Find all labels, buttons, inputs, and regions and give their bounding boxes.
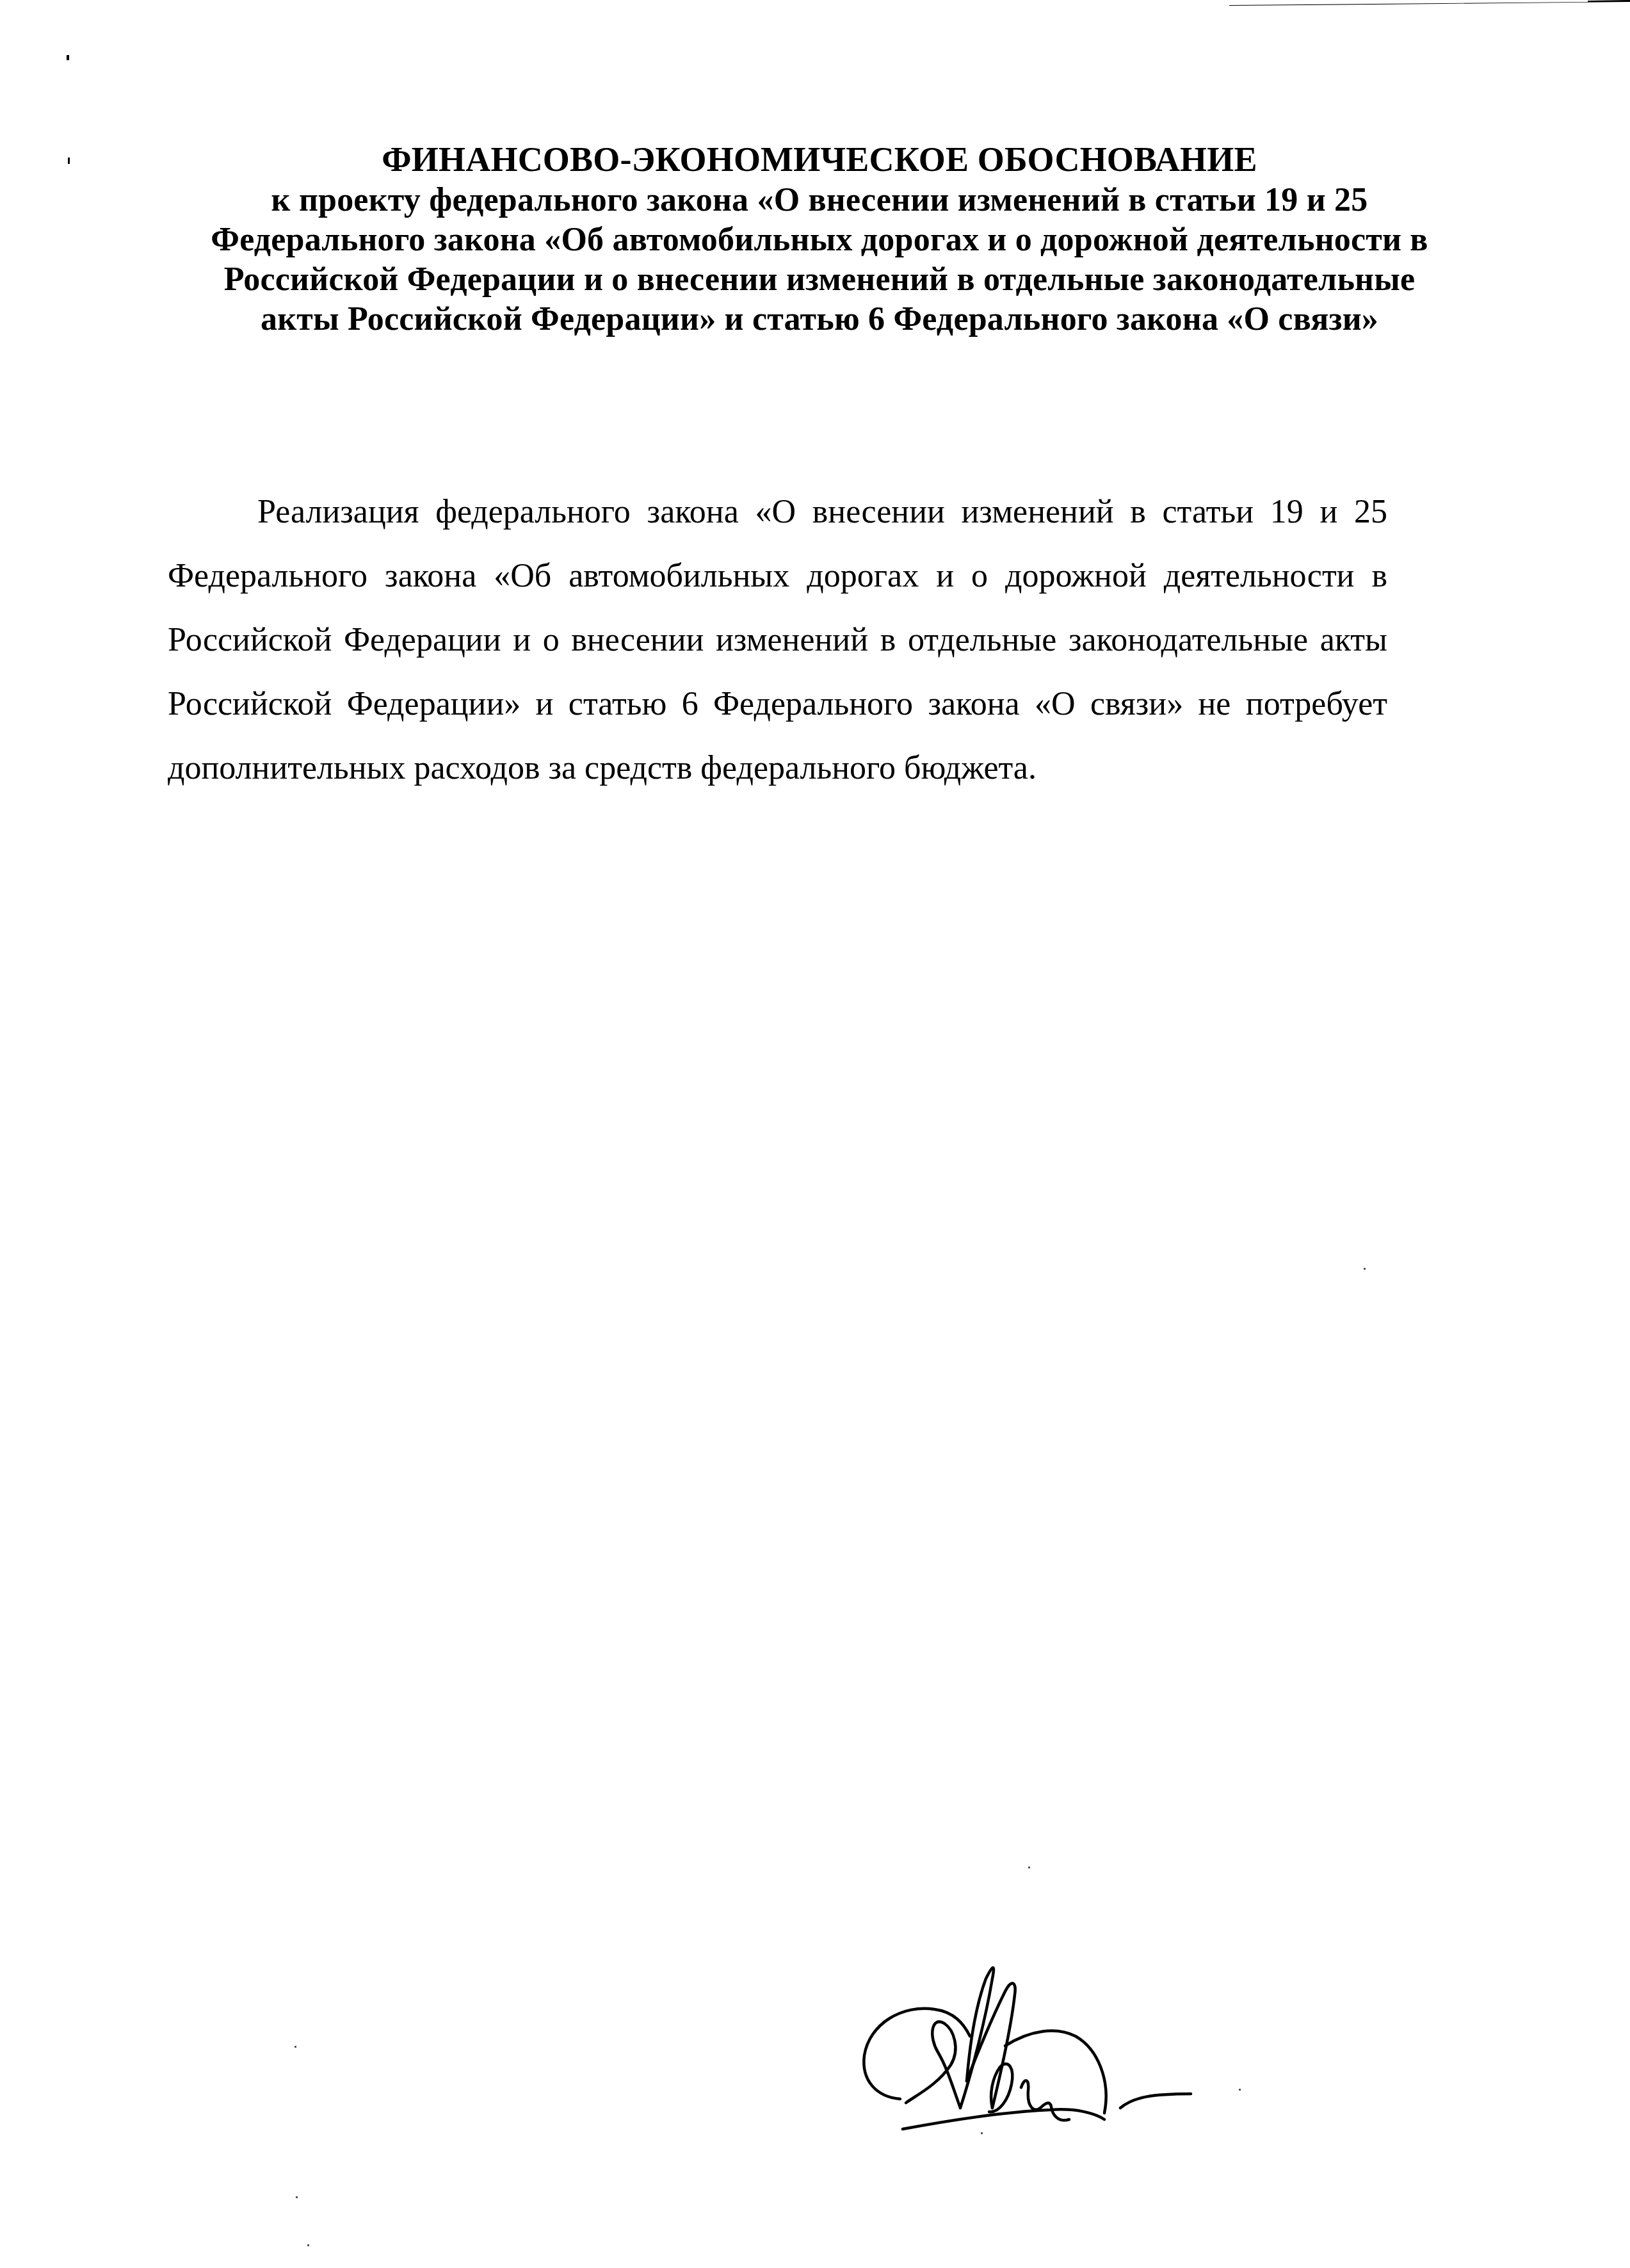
scan-speck [981, 2132, 983, 2134]
document-page: ФИНАНСОВО-ЭКОНОМИЧЕСКОЕ ОБОСНОВАНИЕ к пр… [0, 0, 1630, 2268]
scan-speck [296, 2196, 298, 2198]
scan-speck [295, 2046, 296, 2048]
scan-speck [68, 158, 70, 164]
scan-speck [307, 2244, 309, 2246]
signature-icon [858, 1940, 1216, 2132]
scan-speck [1239, 2089, 1241, 2091]
document-heading: ФИНАНСОВО-ЭКОНОМИЧЕСКОЕ ОБОСНОВАНИЕ к пр… [173, 140, 1466, 339]
body-paragraph: Реализация федерального закона «О внесен… [168, 480, 1387, 800]
scan-speck [67, 55, 69, 60]
scan-speck [1364, 1268, 1366, 1270]
document-title: ФИНАНСОВО-ЭКОНОМИЧЕСКОЕ ОБОСНОВАНИЕ [173, 140, 1466, 179]
scan-speck [1028, 1867, 1030, 1868]
document-subtitle: к проекту федерального закона «О внесени… [173, 181, 1466, 339]
scan-edge-line [1229, 0, 1630, 6]
